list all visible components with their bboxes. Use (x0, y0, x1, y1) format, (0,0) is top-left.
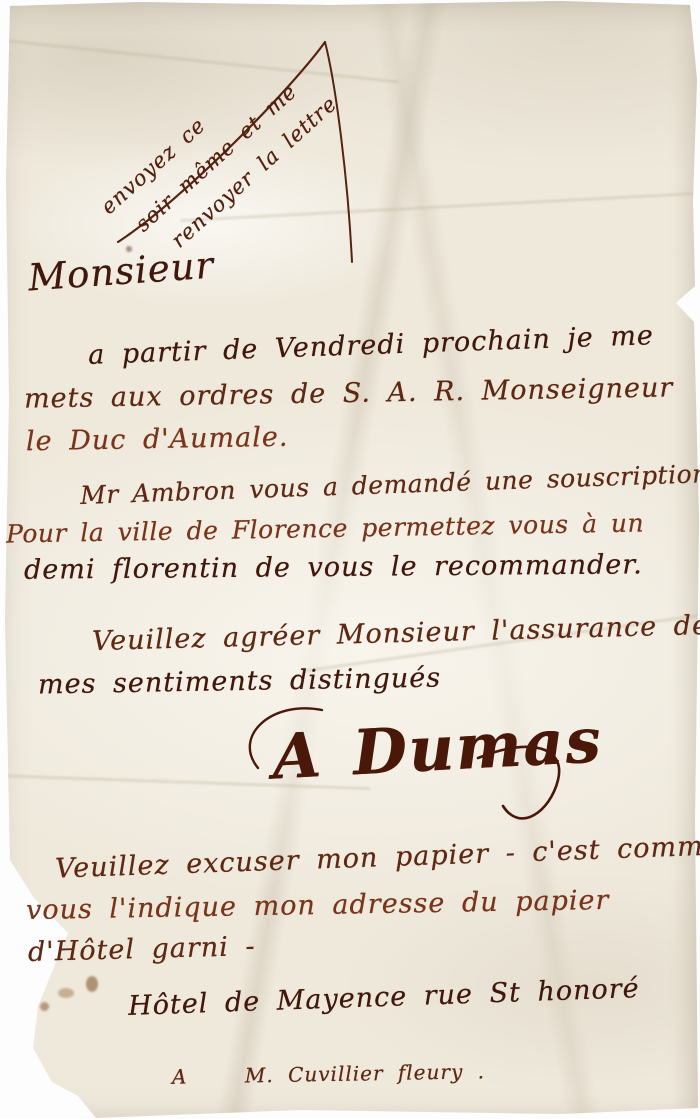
ink-stain (86, 976, 98, 992)
letter-line-ps-3: d'Hôtel garni - (28, 931, 256, 968)
scanned-letter-page: { "document": { "kind": "handwritten let… (0, 0, 700, 1119)
ink-stain (40, 1002, 49, 1011)
letter-line-p2-3: demi florentin de vous le recommander. (24, 549, 643, 585)
letter-line-p1-3: le Duc d'Aumale. (26, 422, 289, 458)
ink-stain (58, 988, 74, 998)
